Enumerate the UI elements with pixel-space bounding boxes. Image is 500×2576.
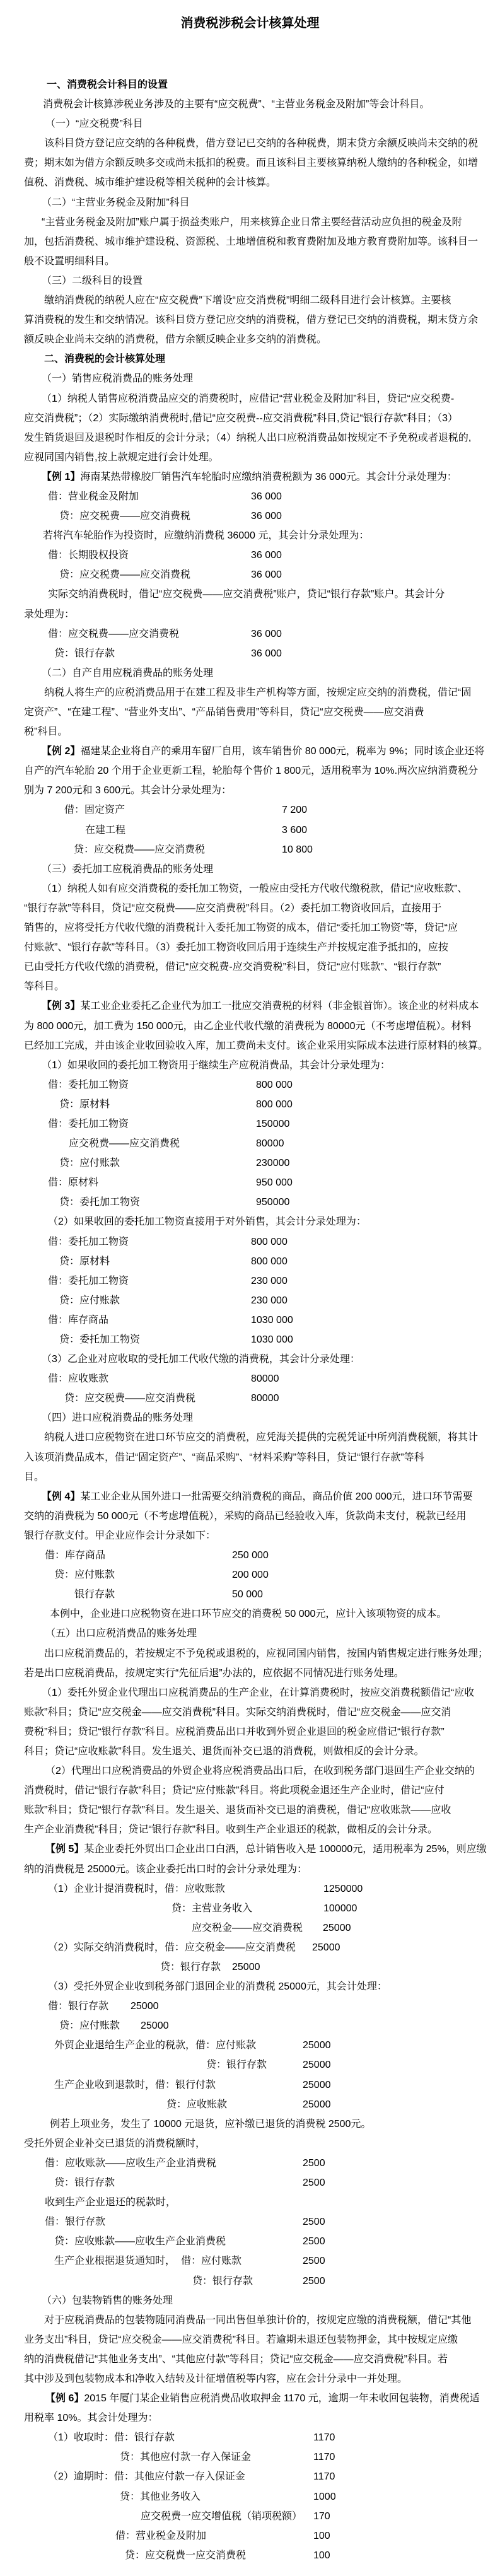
subsection-heading: （二）自产自用应税消费品的账务处理 (42, 663, 213, 683)
example-paragraph: 【例 6】2015 年厦门某企业销售应税消费品收取押金 1170 元，逾期一年未… (45, 2389, 480, 2408)
debit-credit-label: 贷： (160, 1962, 180, 1973)
text-line: （1）纳税人如有应交消费税的委托加工物资，一般应由受托方代收代缴税款，借记“应收… (0, 879, 500, 899)
paragraph-text: 用税率 10%。其会计处理为： (24, 2408, 158, 2428)
subsection-heading-line: （三）委托加工应税消费品的账务处理 (0, 860, 500, 879)
subsection-heading: （一）“应交税费”科目 (45, 114, 143, 134)
paragraph-text: 税”科目。 (24, 722, 67, 742)
debit-credit-label: 贷： (166, 2099, 187, 2110)
account-name: 委托加工物资 (68, 1119, 129, 1129)
account-name: 长期股权投资 (68, 550, 129, 561)
subsection-heading: （二）“主营业务税金及附加”科目 (42, 193, 190, 213)
entry-account-cell: 借：银行存款 (45, 2212, 105, 2232)
text-line: 出口应税消费品的，若按规定不予免税或退税的，应视同国内销售，按国内销售规定进行账… (0, 1644, 500, 1664)
debit-credit-label: 贷： (59, 1295, 79, 1306)
entry-amount: 100 (313, 2526, 330, 2546)
debit-credit-label: 借： (64, 805, 84, 815)
paragraph-text: 应交消费税”；（2）实际缴纳消费税时,借记“应交税费--应交消费税”科目,贷记“… (24, 409, 458, 428)
entry-amount: 25000 (232, 1957, 260, 1977)
text-line: 用税率 10%。其会计处理为： (0, 2408, 500, 2428)
journal-entry: 贷：应交税费——应交消费税36 000 (0, 565, 500, 585)
text-line: （3）受托外贸企业收到税务部门退回企业的消费税 25000元，其会计处理： (0, 1977, 500, 1996)
paragraph-text: 账款”科目；贷记“应交税金——应交消费税”科目。实际交纳消费税时，借记“应交税金… (24, 1703, 451, 1722)
text-line: （1）如果收回的委托加工物资用于继续生产应税消费品，其会计分录处理为： (0, 1056, 500, 1075)
entry-account-cell: 贷：银行存款 (54, 644, 115, 663)
journal-entry: 贷：银行存款25000 (0, 1957, 500, 1977)
journal-entry: 贷：委托加工物资1030 000 (0, 1330, 500, 1349)
subsection-heading-line: （二）“主营业务税金及附加”科目 (0, 193, 500, 213)
paragraph-text: 为 800 000元，加工费为 150 000元，由乙企业代收代缴的消费税为 8… (24, 1017, 472, 1036)
account-name: 银行存款 (74, 648, 115, 659)
debit-credit-label: 贷： (59, 1197, 79, 1208)
debit-credit-label: 贷： (59, 1158, 79, 1169)
journal-entry: 生产企业根据退货通知时，借：应付账款2500 (0, 2251, 500, 2271)
journal-entry: 贷：应付账款230 000 (0, 1291, 500, 1310)
paragraph-text: 缴纳消费税的纳税人应在“应交税费”下增设“应交消费税”明细二级科目进行会计核算。… (44, 291, 451, 310)
entry-amount: 2500 (303, 2271, 325, 2291)
document-page: 消费税涉税会计核算处理 一、消费税会计科目的设置 消费税会计核算涉税业务涉及的主… (0, 0, 500, 2576)
entry-prefix: （1）企业计提消费税时， (48, 1884, 165, 1894)
entry-amount: 100 (313, 2546, 330, 2565)
section-heading: 一、消费税会计科目的设置 (47, 75, 168, 95)
debit-credit-label: 借： (48, 550, 68, 561)
account-name: 应收账款——应收生产企业消费税 (74, 2236, 226, 2247)
entry-account-cell: 借：委托加工物资 (48, 1114, 129, 1134)
debit-credit-label: 贷： (54, 2177, 74, 2188)
paragraph-text: 若将汽车轮胎作为投资时，应缴纳消费税 36000 元，其会计分录处理为： (43, 526, 369, 545)
paragraph-text: 纳税人进口应税物资在进口环节应交的消费税，应凭海关提供的完税凭证中所列消费税额，… (44, 1428, 478, 1447)
text-line: 值税、消费税、城市维护建设税等相关税种的会计核算。 (0, 173, 500, 192)
entry-amount: 800 000 (256, 1075, 293, 1095)
journal-entry: 贷：应付账款230000 (0, 1153, 500, 1173)
example-line: 【例 4】某工业企业从国外进口一批需要交纳消费税的商品，商品价值 200 000… (0, 1487, 500, 1507)
example-line: 【例 2】福建某企业将自产的乘用车留厂自用，该车销售价 80 000元，税率为 … (0, 742, 500, 761)
entry-amount: 1030 000 (251, 1310, 293, 1330)
entry-prefix: （2）逾期时： (48, 2471, 114, 2482)
paragraph-text: （3）受托外贸企业收到税务部门退回企业的消费税 25000元，其会计处理： (48, 1977, 387, 1996)
debit-credit-label: 贷： (59, 2020, 79, 2031)
text-line: 税”科目。 (0, 722, 500, 742)
text-line: 别为 7 200元和 3 600元。其会计分录处理为： (0, 781, 500, 800)
entry-amount: 2500 (303, 2153, 325, 2173)
account-name: 其他应付款一存入保证金 (140, 2452, 251, 2462)
entry-account-cell: 借：原材料 (48, 1173, 98, 1192)
account-name: 应交税费一应交消费税 (145, 2550, 246, 2561)
journal-entry: 借：委托加工物资230 000 (0, 1271, 500, 1291)
entry-amount: 1170 (313, 2428, 335, 2447)
paragraph-text: 定资产”、“在建工程”、“营业外支出”、“产品销售费用”等科目，贷记“应交税费—… (24, 702, 424, 722)
paragraph-text: 科目；贷记“应收账款”科目。发生退关、退货而补交已退的消费税，则做相反的会计分录… (24, 1742, 424, 1761)
entry-account-cell: 借：应收账款 (48, 1369, 108, 1389)
entry-amount: 50 000 (232, 1585, 263, 1604)
entry-amount: 950000 (256, 1192, 289, 1212)
entry-amount: 2500 (303, 2232, 325, 2251)
entry-account-cell: （1）收取时：借：银行存款 (48, 2428, 175, 2447)
account-name: 营业税金及附加 (136, 2531, 206, 2541)
subsection-heading-line: （二）自产自用应税消费品的账务处理 (0, 663, 500, 683)
paragraph-text: 算消费税的发生和交纳情况。该科目贷方登记应交纳的消费税，借方登记已交纳的消费税，… (24, 310, 478, 330)
journal-entry: 借：银行存款25000 (0, 1996, 500, 2016)
text-line: 消费税会计核算涉税业务涉及的主要有“应交税费”、“主营业务税金及附加”等会计科目… (0, 95, 500, 114)
text-line: 销售的，应将受托方代收代缴的消费税计入委托加工物资的成本，借记“委托加工物资”等… (0, 918, 500, 938)
account-name: 银行存款 (212, 2276, 253, 2287)
example-text: 海南某热带橡胶厂销售汽车轮胎时应缴纳消费税额为 36 000元。其会计分录处理为… (80, 472, 456, 482)
debit-credit-label: 贷： (74, 844, 94, 855)
journal-entry: 生产企业收到退款时，借：银行付款25000 (0, 2075, 500, 2095)
entry-account-cell: 借：营业税金及附加 (48, 487, 139, 506)
text-line: 生产企业消费税”科目；贷记“银行存款”科目。收到生产企业退还的税款，做相反的会计… (0, 1820, 500, 1839)
paragraph-text: 已经加工完成，并由该企业收回验收入库，加工费尚未支付。该企业采用实际成本法进行原… (24, 1036, 488, 1056)
entry-amount: 25000 (303, 2055, 331, 2075)
entry-account-cell: （2）逾期时：借：其他应付款一存入保证金 (48, 2467, 245, 2486)
journal-entry: 银行存款50 000 (0, 1585, 500, 1604)
example-text: 某工业企业从国外进口一批需要交纳消费税的商品，商品价值 200 000元，进口环… (80, 1491, 472, 1502)
account-name: 应付账款 (201, 2256, 241, 2266)
debit-credit-label: 贷： (54, 648, 74, 659)
paragraph-text: 例若上项业务，发生了 10000 元退货，应补缴已退货的消费税 2500元。 (50, 2114, 371, 2134)
entry-amount: 36 000 (251, 506, 282, 526)
paragraph-text: 受托外贸企业补交已退货的消费税额时， (24, 2134, 206, 2153)
document-title: 消费税涉税会计核算处理 (0, 15, 500, 32)
entry-amount: 170 (313, 2507, 330, 2526)
paragraph-text: 收到生产企业退还的税款时， (45, 2193, 176, 2212)
text-line: 若将汽车轮胎作为投资时，应缴纳消费税 36000 元，其会计分录处理为： (0, 526, 500, 545)
paragraph-text: 交纳的消费税为 50 000元（不考虑增值税），采购的商品已经验收入库，货款尚未… (24, 1507, 466, 1526)
account-name: 应交税金——应交消费税 (185, 1942, 296, 1953)
subsection-heading-line: （六）包装物销售的账务处理 (0, 2291, 500, 2311)
account-name: 委托加工物资 (68, 1080, 129, 1090)
text-line: 实际交纳消费税时，借记“应交税费——应交消费税”账户，贷记“银行存款”账户。其会… (0, 585, 500, 604)
section-heading-line: 二、消费税的会计核算处理 (0, 349, 500, 369)
account-name: 其他业务收入 (140, 2491, 201, 2502)
journal-entry: 借：委托加工物资800 000 (0, 1075, 500, 1095)
journal-entry: 贷：应交税费一应交消费税100 (0, 2546, 500, 2565)
text-line: 定资产”、“在建工程”、“营业外支出”、“产品销售费用”等科目，贷记“应交税费—… (0, 702, 500, 722)
entry-account-cell: 借：应收账款——应收生产企业消费税 (45, 2153, 216, 2173)
text-line: 银行存款支付。甲企业应作会计分录如下： (0, 1526, 500, 1546)
journal-entry: 贷：应交税费——应交消费税36 000 (0, 506, 500, 526)
text-line: 消费税时，借记“银行存款”科目；贷记“应付账款”科目。将此项税金退还生产企业时，… (0, 1781, 500, 1800)
debit-credit-label: 贷： (59, 1334, 79, 1345)
entry-account-cell: 借：固定资产 (64, 800, 125, 820)
journal-entry: 借：营业税金及附加100 (0, 2526, 500, 2546)
journal-entry: 贷：原材料800 000 (0, 1252, 500, 1271)
paragraph-text: 入该项消费品成本，借记“固定资产”、“商品采购”、“材料采购”等科目，贷记“银行… (24, 1448, 424, 1467)
account-name: 应付账款 (79, 1158, 120, 1169)
account-name: 应收账款 (187, 2099, 227, 2110)
account-name: 应付账款 (79, 2020, 120, 2031)
text-line: 应交消费税”；（2）实际缴纳消费税时,借记“应交税费--应交消费税”科目,贷记“… (0, 409, 500, 428)
debit-credit-label: 借： (48, 1237, 68, 1247)
text-line: 纳税人进口应税物资在进口环节应交的消费税，应凭海关提供的完税凭证中所列消费税额，… (0, 1428, 500, 1447)
debit-credit-label: 借： (48, 1315, 68, 1326)
entry-account-cell: 外贸企业退给生产企业的税款，借：应付账款 (54, 2036, 256, 2055)
text-line: （2）代理出口应税消费品的外贸企业将应税消费品出口后，在收到税务部门退回生产企业… (0, 1761, 500, 1781)
account-name: 银行付款 (175, 2080, 216, 2090)
account-name: 应交税费——应交消费税 (79, 569, 190, 580)
paragraph-text: （1）委托外贸企业代理出口应税消费品的生产企业，在计算消费税时，按应交消费税额借… (42, 1683, 474, 1703)
text-line: 发生销货退回及退税时作相反的会计分录；（4）纳税人出口应税消费品如按规定不予免税… (0, 428, 500, 448)
example-line: 【例 6】2015 年厦门某企业销售应税消费品收取押金 1170 元，逾期一年未… (0, 2389, 500, 2408)
entry-account-cell: 借：应交税费——应交消费税 (48, 624, 179, 644)
entry-account-cell: 贷：银行存款 (160, 1957, 221, 1977)
debit-credit-label: 贷： (59, 1099, 79, 1110)
debit-credit-label: 贷： (59, 511, 79, 522)
paragraph-text: 若是出口应税消费品，按规定实行“先征后退”办法的，应依据不同情况进行账务处理。 (24, 1664, 404, 1683)
debit-credit-label: 借： (48, 1177, 68, 1188)
example-text: 某企业委托外贸出口企业出口白酒，总计销售收入是 100000元，适用税率为 25… (84, 1844, 486, 1855)
entry-account-cell: 贷：应收账款——应收生产企业消费税 (54, 2232, 226, 2251)
text-line: 若是出口应税消费品，按规定实行“先征后退”办法的，应依据不同情况进行账务处理。 (0, 1664, 500, 1683)
paragraph-text: （3）乙企业对应收取的受托加工代收代缴的消费税，其会计分录处理： (42, 1349, 360, 1369)
paragraph-text: 该科目贷方登记应交纳的各种税费，借方登记已交纳的各种税费，期末贷方余额反映尚未交… (44, 134, 478, 153)
account-name: 应交税费——应交消费税 (69, 1134, 180, 1153)
journal-entry: 贷：银行存款2500 (0, 2173, 500, 2193)
entry-amount: 2500 (303, 2173, 325, 2193)
account-name: 应付账款 (79, 1295, 120, 1306)
paragraph-text: 出口应税消费品的，若按规定不予免税或退税的，应视同国内销售，按国内销售规定进行账… (44, 1644, 488, 1664)
journal-entry: 贷：应收账款25000 (0, 2095, 500, 2114)
account-name: 应付账款 (74, 1570, 115, 1580)
entry-amount: 3 600 (282, 820, 307, 840)
entry-account-cell: 贷：主营业务收入 (172, 1899, 252, 1918)
entry-account-cell: 贷：委托加工物资 (59, 1192, 140, 1212)
entry-amount: 250 000 (232, 1546, 269, 1565)
entry-amount: 1170 (313, 2467, 335, 2486)
journal-entry: 贷：委托加工物资950000 (0, 1192, 500, 1212)
entry-amount: 2500 (303, 2212, 325, 2232)
entry-account-cell: 贷：应交税费一应交消费税 (125, 2546, 246, 2565)
entry-amount: 230000 (256, 1153, 289, 1173)
text-line: 科目；贷记“应收账款”科目。发生退关、退货而补交已退的消费税，则做相反的会计分录… (0, 1742, 500, 1761)
text-line: “银行存款”等科目，贷记“应交税费——应交消费税”科目。（2）委托加工物资收回后… (0, 899, 500, 918)
subsection-heading-line: （一）“应交税费”科目 (0, 114, 500, 134)
debit-credit-label: 贷： (120, 2491, 140, 2502)
paragraph-text: 发生销货退回及退税时作相反的会计分录；（4）纳税人出口应税消费品如按规定不予免税… (24, 428, 471, 448)
example-paragraph: 【例 4】某工业企业从国外进口一批需要交纳消费税的商品，商品价值 200 000… (42, 1487, 473, 1507)
text-line: 应视同国内销售,按上款规定进行会计处理。 (0, 448, 500, 467)
paragraph-text: （2）代理出口应税消费品的外贸企业将应税消费品出口后，在收到税务部门退回生产企业… (45, 1761, 475, 1781)
entry-prefix: （2）实际交纳消费税时， (48, 1942, 165, 1953)
account-name: 委托加工物资 (79, 1334, 140, 1345)
entry-account-cell: 贷：应付账款 (54, 1565, 115, 1585)
subsection-heading: （五）出口应税消费品的账务处理 (45, 1624, 197, 1643)
debit-credit-label: 借： (48, 629, 68, 639)
account-name: 应交税费——应交消费税 (79, 511, 190, 522)
journal-entry: 借：库存商品1030 000 (0, 1310, 500, 1330)
text-line: 费税”科目；贷记“银行存款”科目。应税消费品出口并收到外贸企业退回的税金应借记“… (0, 1722, 500, 1742)
entry-account-cell: 贷：委托加工物资 (59, 1330, 140, 1349)
debit-credit-label: 借： (165, 1884, 185, 1894)
entry-account-cell: 贷：银行存款 (192, 2271, 253, 2291)
debit-credit-label: 借： (195, 2040, 216, 2051)
account-name: 应收账款——应收生产企业消费税 (65, 2158, 216, 2169)
entry-amount: 10 800 (282, 840, 313, 860)
journal-entry: （2）实际交纳消费税时，借：应交税金——应交消费税25000 (0, 1938, 500, 1957)
text-line: 为 800 000元，加工费为 150 000元，由乙企业代收代缴的消费税为 8… (0, 1017, 500, 1036)
journal-entry: 借：委托加工物资800 000 (0, 1232, 500, 1252)
entry-amount: 230 000 (251, 1271, 288, 1291)
example-paragraph: 【例 2】福建某企业将自产的乘用车留厂自用，该车销售价 80 000元，税率为 … (42, 742, 484, 761)
journal-entry: 借：营业税金及附加36 000 (0, 487, 500, 506)
example-label: 【例 4】 (42, 1491, 80, 1502)
paragraph-text: 实际交纳消费税时，借记“应交税费——应交消费税”账户，贷记“银行存款”账户。其会… (48, 585, 445, 604)
paragraph-text: 别为 7 200元和 3 600元。其会计分录处理为： (24, 781, 231, 800)
account-name: 应交税费——应交消费税 (68, 629, 179, 639)
paragraph-text: 其中涉及到包装物成本和净收入结转及计征增值税等内容，应在会计分录中一并处理。 (24, 2369, 407, 2389)
entry-prefix: 外贸企业退给生产企业的税款， (54, 2040, 195, 2051)
account-name: 银行存款 (74, 2177, 115, 2188)
entry-account-cell: 贷：应付账款 (59, 1291, 120, 1310)
account-name: 其他应付款一存入保证金 (134, 2471, 245, 2482)
paragraph-text: 录处理为： (24, 605, 74, 624)
debit-credit-label: 借： (115, 2531, 136, 2541)
entry-amount: 80000 (256, 1134, 284, 1153)
account-name: 委托加工物资 (68, 1276, 129, 1286)
debit-credit-label: 贷： (206, 2060, 226, 2070)
entry-account-cell: 贷：应交税费——应交消费税 (64, 1389, 195, 1408)
subsection-heading: （一）销售应税消费品的账务处理 (42, 369, 193, 388)
debit-credit-label: 借： (45, 1550, 65, 1561)
example-text: 福建某企业将自产的乘用车留厂自用，该车销售价 80 000元，税率为 9%；同时… (80, 746, 484, 757)
paragraph-text: 本例中，企业进口应税物资在进口环节应交的消费税 50 000元，应计入该项物资的… (50, 1604, 446, 1624)
journal-entry: 借：银行存款2500 (0, 2212, 500, 2232)
debit-credit-label: 借： (165, 1942, 185, 1953)
entry-account-cell: 借：银行存款 (48, 1996, 108, 2016)
entry-account-cell: 借：长期股权投资 (48, 545, 129, 565)
entry-account-cell: 借：库存商品 (48, 1310, 108, 1330)
paragraph-text: 生产企业消费税”科目；贷记“银行存款”科目。收到生产企业退还的税款，做相反的会计… (24, 1820, 438, 1839)
text-line: 付账款”、“银行存款”等科目。（3）委托加工物资收回后用于连续生产并按规定准予抵… (0, 938, 500, 957)
text-line: 般不设置明细科目。 (0, 252, 500, 271)
example-paragraph: 【例 1】海南某热带橡胶厂销售汽车轮胎时应缴纳消费税额为 36 000元。其会计… (42, 467, 457, 487)
entry-prefix: 生产企业收到退款时， (54, 2080, 155, 2090)
debit-credit-label: 借： (48, 2001, 68, 2012)
debit-credit-label: 借： (45, 2158, 65, 2169)
entry-amount: 800 000 (251, 1252, 288, 1271)
entry-account-cell: （1）企业计提消费税时，借：应收账款 (48, 1879, 225, 1899)
entry-amount: 100000 (323, 1899, 357, 1918)
example-text: 某工业企业委托乙企业代为加工一批应交消费税的材料（非金银首饰）。该企业的材料成本 (80, 1001, 479, 1011)
account-name: 银行存款 (74, 1585, 115, 1604)
text-line: 对于应税消费品的包装物随同消费品一同出售但单独计价的，按规定应缴的消费税额，借记… (0, 2311, 500, 2330)
paragraph-text: 付账款”、“银行存款”等科目。（3）委托加工物资收回后用于连续生产并按规定准予抵… (24, 938, 448, 957)
journal-entry: 贷：应交税费——应交消费税10 800 (0, 840, 500, 860)
paragraph-text: 账款”科目；贷记“银行存款”科目。发生退关、退货而补交已退的消费税，借记“应收账… (24, 1800, 451, 1820)
text-line: 录处理为： (0, 605, 500, 624)
subsection-heading-line: （三）二级科目的设置 (0, 271, 500, 291)
text-line: （1）委托外贸企业代理出口应税消费品的生产企业，在计算消费税时，按应交消费税额借… (0, 1683, 500, 1703)
journal-entry: 借：原材料950 000 (0, 1173, 500, 1192)
text-line: 额反映企业尚未交纳的消费税，借方余额反映企业多交纳的消费税。 (0, 330, 500, 349)
text-line: 入该项消费品成本，借记“固定资产”、“商品采购”、“材料采购”等科目，贷记“银行… (0, 1448, 500, 1467)
journal-entry: （2）逾期时：借：其他应付款一存入保证金1170 (0, 2467, 500, 2486)
text-line: 本例中，企业进口应税物资在进口环节应交的消费税 50 000元，应计入该项物资的… (0, 1604, 500, 1624)
paragraph-text: （1）纳税人如有应交消费税的委托加工物资，一般应由受托方代收代缴税款，借记“应收… (42, 879, 468, 899)
debit-credit-label: 贷： (54, 2236, 74, 2247)
entry-account-cell: 借：营业税金及附加 (115, 2526, 206, 2546)
paragraph-text: 般不设置明细科目。 (24, 252, 115, 271)
journal-entry: 应交税金——应交消费税25000 (0, 1918, 500, 1938)
account-name: 银行存款 (180, 1962, 221, 1973)
journal-entry: （1）收取时：借：银行存款1170 (0, 2428, 500, 2447)
example-label: 【例 6】 (45, 2393, 84, 2404)
entry-amount: 1030 000 (251, 1330, 293, 1349)
entry-amount: 1250000 (323, 1879, 363, 1899)
account-name: 原材料 (79, 1256, 110, 1267)
entry-amount: 80000 (251, 1369, 279, 1389)
account-name: 库存商品 (68, 1315, 108, 1326)
paragraph-text: “银行存款”等科目，贷记“应交税费——应交消费税”科目。（2）委托加工物资收回后… (24, 899, 441, 918)
debit-credit-label: 贷： (125, 2550, 145, 2561)
text-line: 纳税人将生产的应税消费品用于在建工程及非生产机构等方面，按规定应交纳的消费税，借… (0, 683, 500, 702)
paragraph-text: 销售的，应将受托方代收代缴的消费税计入委托加工物资的成本，借记“委托加工物资”等… (24, 918, 458, 938)
paragraph-text: 对于应税消费品的包装物随同消费品一同出售但单独计价的，按规定应缴的消费税额，借记… (44, 2311, 471, 2330)
account-name: 委托加工物资 (79, 1197, 140, 1208)
text-line: 费；期末如为借方余额反映多交或尚未抵扣的税费。而且该科目主要核算纳税人缴纳的各种… (0, 153, 500, 173)
debit-credit-label: 借： (48, 1119, 68, 1129)
subsection-heading-line: （四）进口应税消费品的账务处理 (0, 1408, 500, 1428)
text-line: 业务支出”科目，贷记“应交税金——应交消费税”科目。若逾期未退还包装物押金，其中… (0, 2330, 500, 2350)
section-intro: 消费税会计核算涉税业务涉及的主要有“应交税费”、“主营业务税金及附加”等会计科目… (43, 95, 429, 114)
account-name: 应付账款 (216, 2040, 256, 2051)
journal-entry: 贷：应付账款25000 (0, 2016, 500, 2036)
example-label: 【例 1】 (42, 472, 80, 482)
entry-amount: 25000 (303, 2036, 331, 2055)
account-name: 委托加工物资 (68, 1237, 129, 1247)
example-line: 【例 3】某工业企业委托乙企业代为加工一批应交消费税的材料（非金银首饰）。该企业… (0, 996, 500, 1016)
debit-credit-label: 贷： (59, 569, 79, 580)
subsection-heading: （四）进口应税消费品的账务处理 (42, 1408, 193, 1428)
text-line: 受托外贸企业补交已退货的消费税额时， (0, 2134, 500, 2153)
account-name: 应收账款 (185, 1884, 225, 1894)
entry-amount: 36 000 (251, 644, 282, 663)
entry-amount: 1000 (313, 2487, 336, 2507)
journal-entry: 借：固定资产7 200 (0, 800, 500, 820)
text-line: “主营业务税金及附加”账户属于损益类账户，用来核算企业日常主要经营活动应负担的税… (0, 213, 500, 232)
paragraph-text: 纳税人将生产的应税消费品用于在建工程及非生产机构等方面，按规定应交纳的消费税，借… (44, 683, 471, 702)
entry-amount: 80000 (251, 1389, 279, 1408)
entry-account-cell: 借：委托加工物资 (48, 1232, 129, 1252)
debit-credit-label: 借： (48, 1080, 68, 1090)
debit-credit-label: 借： (45, 2217, 65, 2227)
debit-credit-label: 借： (48, 1373, 68, 1384)
journal-entry: 应交税费——应交消费税80000 (0, 1134, 500, 1153)
journal-entry: 应交税费一应交增值税（销项税额）170 (0, 2507, 500, 2526)
text-line: 其中涉及到包装物成本和净收入结转及计征增值税等内容，应在会计分录中一并处理。 (0, 2369, 500, 2389)
entry-account-cell: 借：委托加工物资 (48, 1075, 129, 1095)
account-name: 在建工程 (85, 820, 125, 840)
entry-amount: 150000 (256, 1114, 289, 1134)
entry-account-cell: 贷：银行存款 (54, 2173, 115, 2193)
debit-credit-label: 借： (48, 1276, 68, 1286)
paragraph-text: 加，包括消费税、城市维护建设税、资源税、土地增值税和教育费附加及地方教育费附加等… (24, 232, 478, 252)
text-line: 已经加工完成，并由该企业收回验收入库，加工费尚未支付。该企业采用实际成本法进行原… (0, 1036, 500, 1056)
journal-entry: 借：长期股权投资36 000 (0, 545, 500, 565)
journal-entry: 贷：主营业务收入100000 (0, 1899, 500, 1918)
journal-entry: 贷：银行存款2500 (0, 2271, 500, 2291)
entry-account-cell: 贷：应交税费——应交消费税 (74, 840, 205, 860)
account-name: 应收账款 (68, 1373, 108, 1384)
entry-account-cell: 贷：银行存款 (206, 2055, 267, 2075)
entry-amount: 800 000 (251, 1232, 288, 1252)
entry-account-cell: （2）实际交纳消费税时，借：应交税金——应交消费税 (48, 1938, 296, 1957)
entry-account-cell: 借：委托加工物资 (48, 1271, 129, 1291)
entry-amount: 230 000 (251, 1291, 288, 1310)
journal-entry: （1）企业计提消费税时，借：应收账款1250000 (0, 1879, 500, 1899)
debit-credit-label: 贷： (54, 1570, 74, 1580)
account-name: 银行存款 (65, 2217, 105, 2227)
entry-amount: 25000 (312, 1938, 340, 1957)
